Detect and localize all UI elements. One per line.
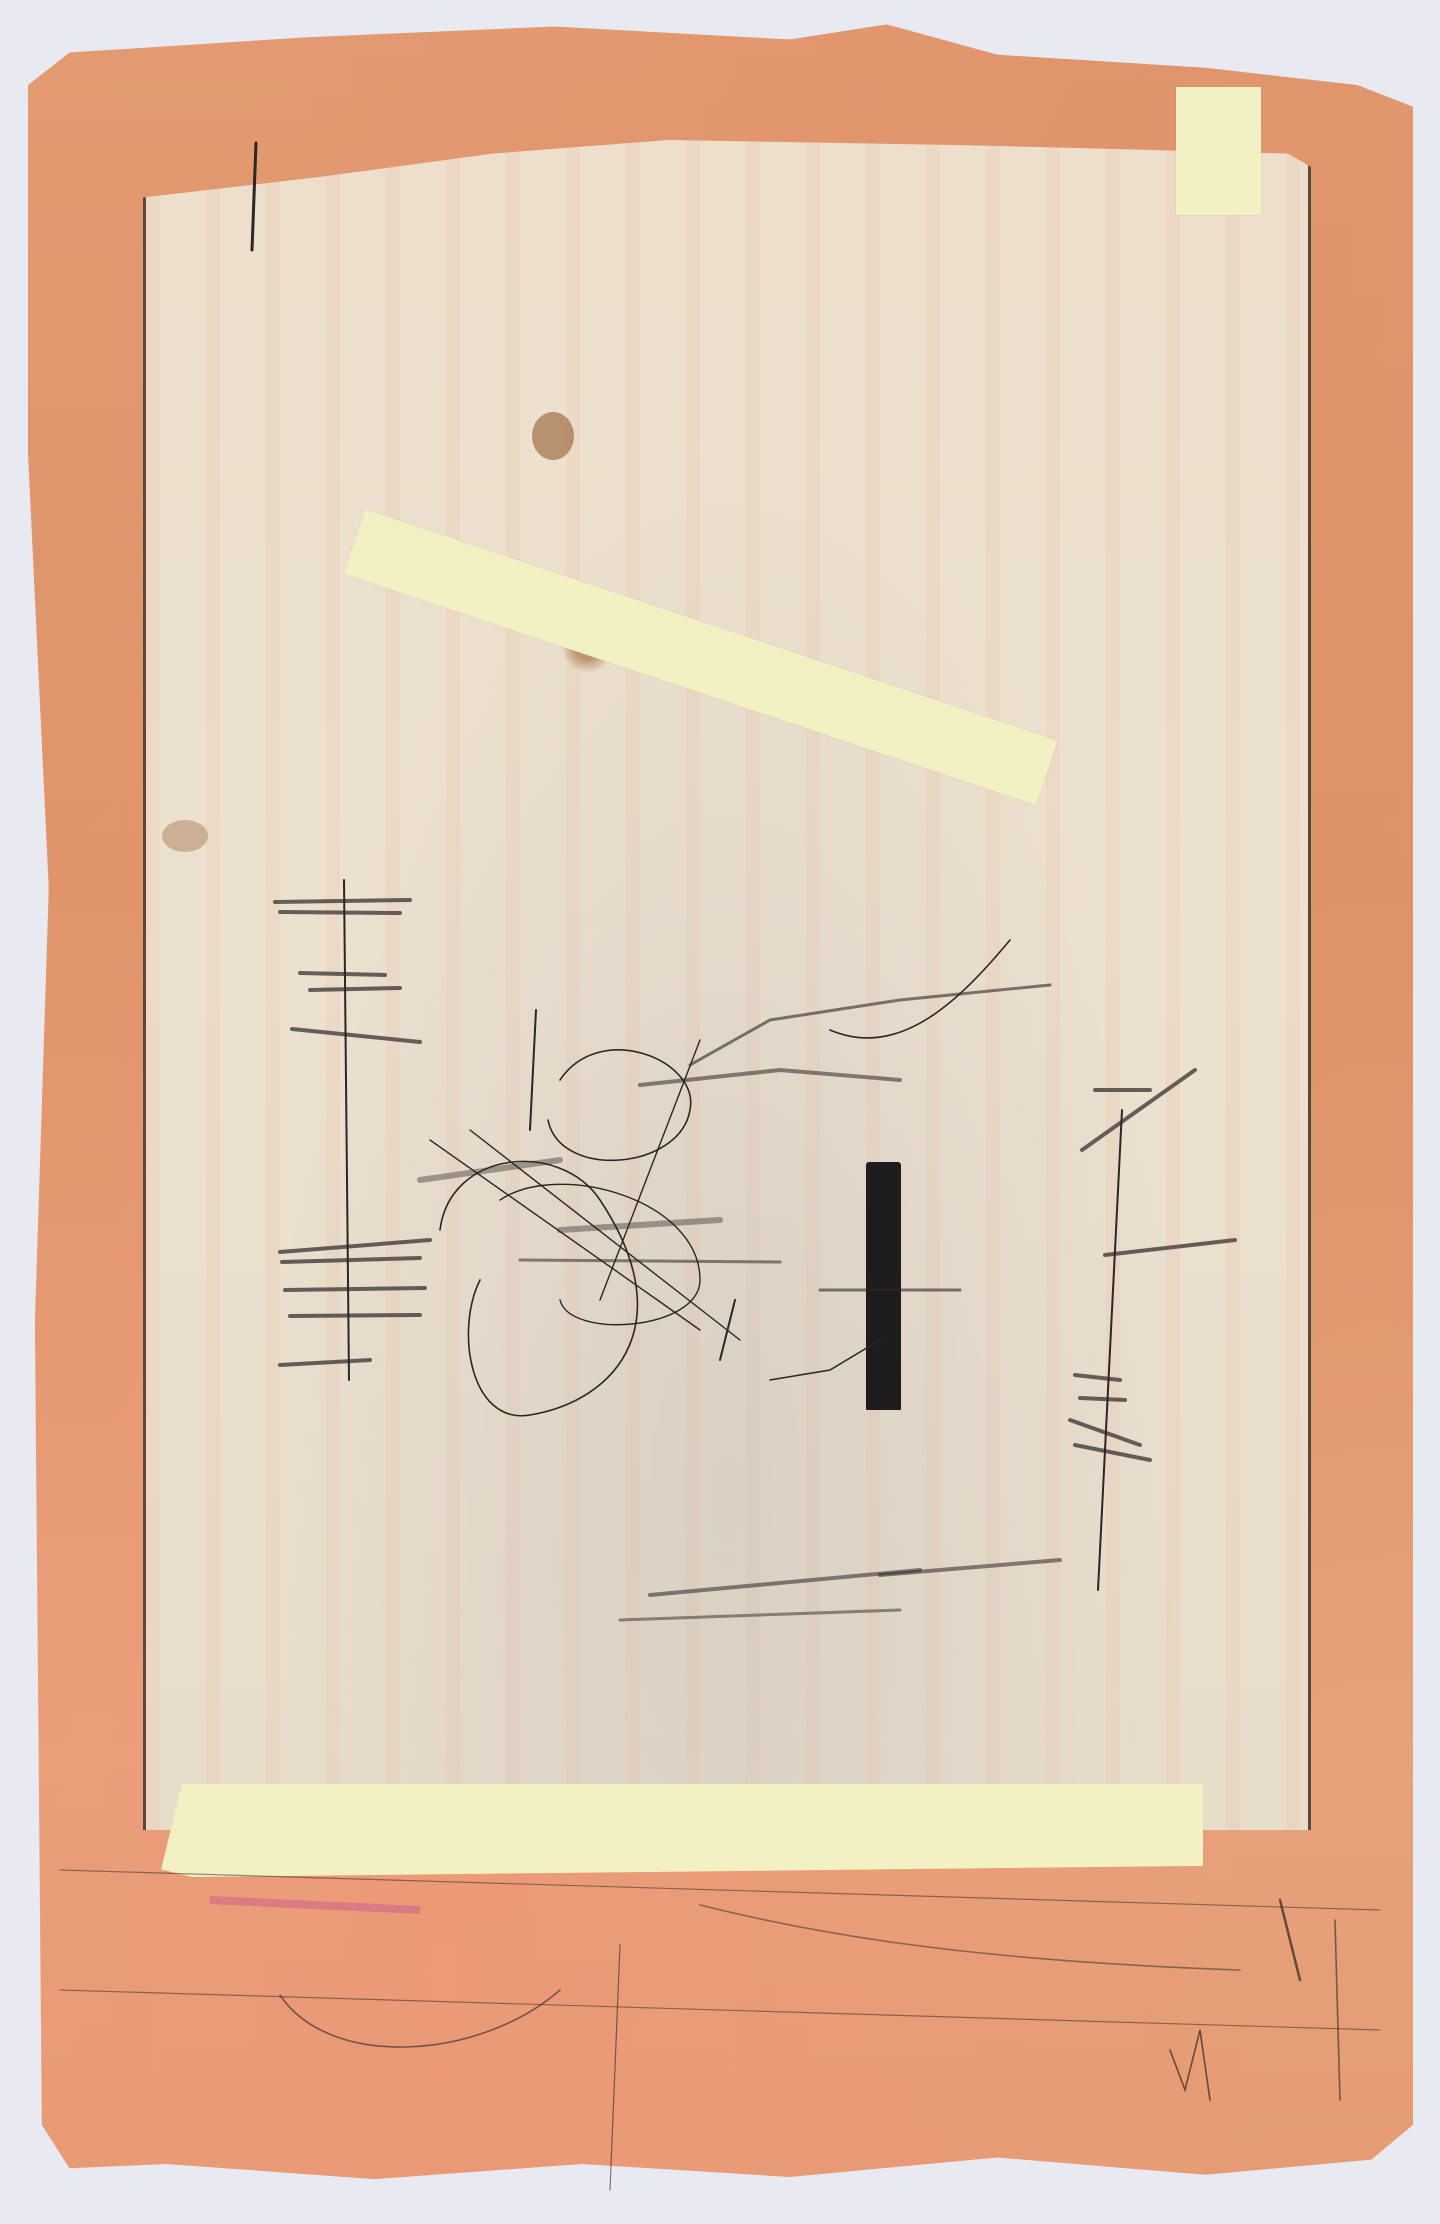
charcoal-drawing: [0, 0, 1440, 2224]
